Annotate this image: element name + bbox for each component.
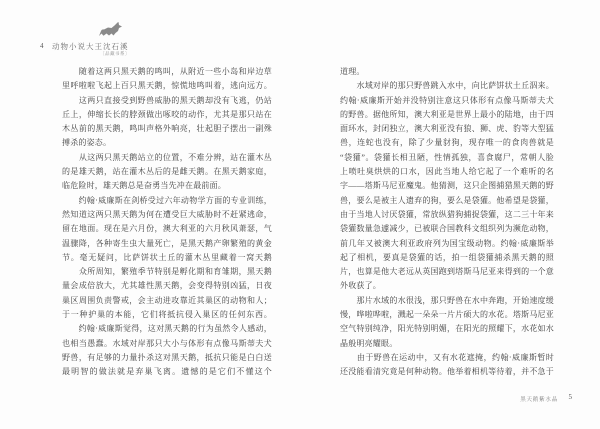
- text-line: 水域对岸的那只野兽跳入水中，向比萨饼状土丘泅来。: [340, 79, 554, 93]
- text-line: 起了相机，要真是袋獾的话，拍一组袋獾捕杀黑天鹅的照: [340, 251, 554, 265]
- book-spread: 4 动物小说大王沈石溪 〔品藏书系〕 随着这两只黑天鹅的鸣叫，从附近一些小岛和岸…: [0, 0, 600, 429]
- text-line: 由于野兽在运动中，又有水花遮掩，约翰·威廉斯暂时: [340, 351, 554, 365]
- text-line: 上喷吐臭烘烘的口水，因此当地人给它起了一个难听的名: [340, 165, 554, 179]
- text-line: 量会成倍放大，尤其雄性黑天鹅，会变得特别凶猛，日夜在: [62, 279, 272, 293]
- text-line: 木丛前的黑天鹅，鸣叫声格外响亮，壮起胆子摆出一副殊死: [62, 122, 272, 136]
- text-line: 巢区周围负责警戒，会主动进攻靠近其巢区的动物和人；出: [62, 294, 272, 308]
- text-line: 约翰·威廉斯在剑桥受过六年动物学方面的专业训练，当: [62, 194, 272, 208]
- page-number-right: 5: [569, 393, 573, 401]
- howling-wolf-icon: [98, 22, 124, 38]
- text-line: 众所周知，繁殖季节特别是孵化期和育雏期，黑天鹅的胆: [62, 265, 272, 279]
- running-header: 4 动物小说大王沈石溪 〔品藏书系〕: [38, 22, 178, 60]
- text-line: 然知道这两只黑天鹅为何在遭受巨大威胁时不赶紧逃命，滞: [62, 208, 272, 222]
- text-line: 也相当愚蠢。水域对岸那只大小与体形有点像马斯蒂夫犬的: [62, 337, 272, 351]
- text-line: 晶般明亮耀眼。: [340, 337, 554, 351]
- series-subtitle: 〔品藏书系〕: [52, 51, 178, 57]
- text-line: 兽，要么是被主人遗弃的狗，要么是袋獾。他希望是袋獾，: [340, 194, 554, 208]
- text-line: 由于当地人讨厌袋獾，常放纵猎狗捕捉袋獾，这二三十年来: [340, 208, 554, 222]
- text-line: “袋獾”。袋獾长相丑陋，性情孤独，喜食腐尸，常朝人脸: [340, 151, 554, 165]
- text-line: 片，也算是他大老远从英国跑到塔斯马尼亚来得到的一个意: [340, 265, 554, 279]
- right-page-text: 道理。 水域对岸的那只野兽跳入水中，向比萨饼状土丘泅来。约翰·威廉斯开始并没特别…: [340, 65, 554, 380]
- text-line: 的是雄天鹅，站在灌木丛后的是雌天鹅。在黑天鹅家庭，面: [62, 165, 272, 179]
- text-line: 这两只直接受到野兽威胁的黑天鹅却没有飞逃，仍站在土: [62, 94, 272, 108]
- text-line: 里呼啦啦飞起上百只黑天鹅，惊慌地鸣叫着，逃向远方。: [62, 79, 272, 93]
- text-line: 搏杀的姿态。: [62, 136, 272, 150]
- text-line: 兽，连蛇也没有，除了少量豺狗，现存唯一的食肉兽就是: [340, 136, 554, 150]
- text-line: 丘上，伸缩长长的脖颈做出啄咬的动作，尤其是那只站在灌: [62, 108, 272, 122]
- text-line: 于一种护巢的本能，它们将抵抗侵入巢区的任何东西。: [62, 308, 272, 322]
- text-line: 节。毫无疑问，比萨饼状土丘的灌木丛里藏着一窝天鹅蛋。: [62, 251, 272, 265]
- text-line: 的野兽。据他所知，澳大利亚是世界上最小的陆地，由于四: [340, 108, 554, 122]
- text-line: 外收获了。: [340, 279, 554, 293]
- text-line: 袋獾数量急遽减少，已被联合国教科文组织列为濒危动物，: [340, 222, 554, 236]
- text-line: 那片水域的水很浅，那只野兽在水中奔跑，开始速度缓: [340, 294, 554, 308]
- text-line: 最明智的做法就是弃巢飞离。遗憾的是它们不懂这个: [62, 365, 272, 379]
- text-line: 空气特别纯净，阳光特别明媚，在阳光的照耀下，水花如水: [340, 322, 554, 336]
- text-line: 道理。: [340, 65, 554, 79]
- text-line: 约翰·威廉斯觉得，这对黑天鹅的行为虽然令人感动，却: [62, 322, 272, 336]
- page-number-left: 4: [40, 42, 44, 50]
- text-line: 临危险时，雄天鹅总是奋勇当先冲在最前面。: [62, 179, 272, 193]
- left-page-text: 随着这两只黑天鹅的鸣叫，从附近一些小岛和岸边草丛里呼啦啦飞起上百只黑天鹅，惊慌地…: [62, 65, 272, 380]
- text-line: 温骤降，各种寄生虫大量死亡，是黑天鹅产卵繁殖的黄金季: [62, 237, 272, 251]
- text-line: 野兽，有足够的力量扑杀这对黑天鹅，抵抗只能是白白送死，: [62, 351, 272, 365]
- text-line: 前几年又被澳大利亚政府列为国宝级动物。约翰·威廉斯举: [340, 237, 554, 251]
- running-footer: 黑天鹅紫水晶 5: [470, 392, 580, 406]
- text-line: 还没能看清究竟是何种动物。他举着相机等待着，并不急于: [340, 365, 554, 379]
- book-title-footer: 黑天鹅紫水晶: [520, 395, 558, 403]
- text-line: 随着这两只黑天鹅的鸣叫，从附近一些小岛和岸边草丛: [62, 65, 272, 79]
- text-line: 面环水，封闭独立，澳大利亚没有狼、狮、虎、豹等大型猛: [340, 122, 554, 136]
- text-line: 约翰·威廉斯开始并没特别注意这只体形有点像马斯蒂夫犬: [340, 94, 554, 108]
- text-line: 留在地面。现在是六月份，澳大利亚的六月秋风萧瑟，气: [62, 222, 272, 236]
- text-line: 慢，哗啦哗啦，溅起一朵朵一片片硕大的水花。塔斯马尼亚: [340, 308, 554, 322]
- text-line: 字——塔斯马尼亚魔鬼。他猜测，这只企图捕猎黑天鹅的野: [340, 179, 554, 193]
- text-line: 从这两只黑天鹅站立的位置，不难分辨，站在灌木丛前: [62, 151, 272, 165]
